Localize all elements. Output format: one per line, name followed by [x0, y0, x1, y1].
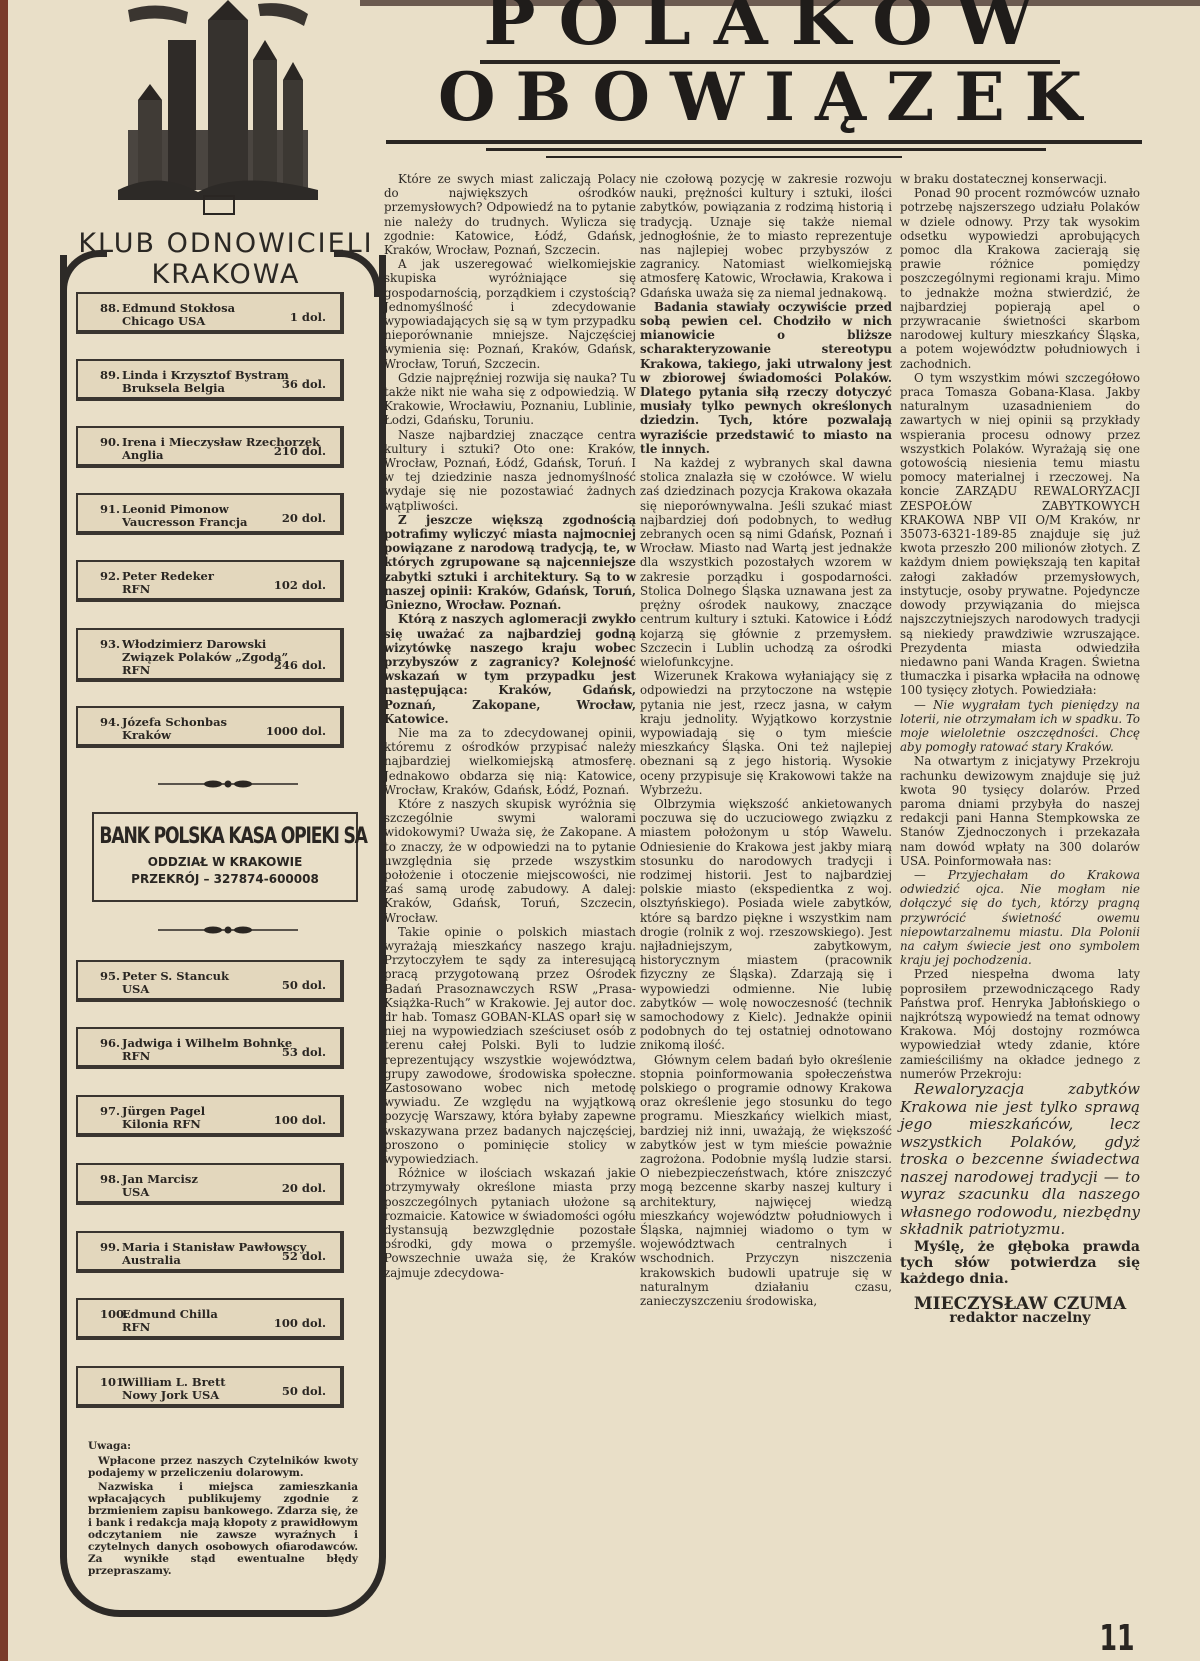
article-paragraph: Różnice w ilościach wskazań jakie otrzym… — [384, 1166, 636, 1280]
donor-entry: 94. Józefa Schonbas Kraków 1000 dol. — [76, 706, 344, 748]
donor-amount: 36 dol. — [282, 378, 326, 391]
article-paragraph: Olbrzymia większość ankietowanych poczuw… — [640, 797, 892, 1053]
article-column-3: w braku dostatecznej konserwacji. Ponad … — [900, 172, 1140, 1325]
donor-amount: 50 dol. — [282, 1385, 326, 1398]
donor-amount: 1000 dol. — [266, 725, 326, 738]
donor-amount: 52 dol. — [282, 1250, 326, 1263]
headline-line1: POLAKÓW — [361, 0, 1180, 56]
pull-quote: Rewaloryzacja zabytków Krakowa nie jest … — [900, 1081, 1140, 1239]
note-block: Uwaga: Wpłacone przez naszych Czytelnikó… — [88, 1440, 358, 1579]
note-paragraph: Wpłacone przez naszych Czytelników kwoty… — [88, 1455, 358, 1479]
headline: POLAKÓW OBOWIĄZEK — [380, 0, 1160, 132]
donor-amount: 210 dol. — [274, 445, 326, 458]
article-column-2: nie czołową pozycję w zakresie rozwoju n… — [640, 172, 892, 1308]
page-edge — [0, 0, 8, 1661]
article-paragraph: Które z naszych skupisk wyróżnia się szc… — [384, 797, 636, 925]
headline-rule — [480, 60, 1060, 64]
donor-entry: 92. Peter Redeker RFN 102 dol. — [76, 560, 344, 602]
donor-entry: 98. Jan Marcisz USA 20 dol. — [76, 1163, 344, 1205]
donor-entry: 88. Edmund Stokłosa Chicago USA 1 dol. — [76, 292, 344, 334]
article-paragraph: Nie ma za to zdecydowanej opinii, którem… — [384, 726, 636, 797]
ornament-divider-icon — [158, 924, 298, 936]
donor-entry: 96. Jadwiga i Wilhelm Bohnke RFN 53 dol. — [76, 1027, 344, 1069]
article-paragraph: Na otwartym z inicjatywy Przekroju rachu… — [900, 754, 1140, 868]
article-paragraph: Gdzie najpręźniej rozwija się nauka? Tu … — [384, 371, 636, 428]
article-paragraph: Głównym celem badań było określenie stop… — [640, 1053, 892, 1309]
donor-entry: 101. William L. Brett Nowy Jork USA 50 d… — [76, 1366, 344, 1408]
article-column-1: Które ze swych miast zaliczają Polacy do… — [384, 172, 636, 1280]
headline-line2: OBOWIĄZEK — [380, 62, 1160, 132]
donor-amount: 100 dol. — [274, 1317, 326, 1330]
headline-rule — [386, 140, 1142, 144]
note-paragraph: Nazwiska i miejsca zamieszkania wpłacają… — [88, 1481, 358, 1577]
bank-account: PRZEKRÓJ – 327874-600008 — [94, 872, 356, 886]
article-paragraph: Na każdej z wybranych skal dawna stolica… — [640, 456, 892, 669]
donor-amount: 100 dol. — [274, 1114, 326, 1127]
donor-amount: 20 dol. — [282, 1182, 326, 1195]
donor-amount: 50 dol. — [282, 979, 326, 992]
donor-entry: 100. Edmund Chilla RFN 100 dol. — [76, 1298, 344, 1340]
donor-entry: 91. Leonid Pimonow Vaucresson Francja 20… — [76, 493, 344, 535]
donor-entry: 97. Jürgen Pagel Kilonia RFN 100 dol. — [76, 1095, 344, 1137]
donor-amount: 246 dol. — [274, 659, 326, 672]
article-paragraph: Z jeszcze większą zgodnością potrafimy w… — [384, 513, 636, 612]
donor-amount: 102 dol. — [274, 579, 326, 592]
bank-branch: ODDZIAŁ W KRAKOWIE — [94, 855, 356, 869]
donor-entry: 89. Linda i Krzysztof Bystram Bruksela B… — [76, 359, 344, 401]
club-panel: KLUB ODNOWICIELI KRAKOWA 88. Edmund Stok… — [18, 0, 368, 1661]
article-paragraph: A jak uszeregować wielkomiejskie skupisk… — [384, 257, 636, 371]
article-paragraph: Które ze swych miast zaliczają Polacy do… — [384, 172, 636, 257]
wawel-castle-illustration — [98, 0, 338, 215]
headline-rule — [486, 148, 1046, 151]
article-paragraph: Takie opinie o polskich miastach wyrażaj… — [384, 925, 636, 1166]
closing-paragraph: Myślę, że głęboka prawda tych słów potwi… — [900, 1239, 1140, 1287]
article-paragraph: Ponad 90 procent rozmówców uznało potrze… — [900, 186, 1140, 371]
donor-entry: 99. Maria i Stanisław Pawłowscy Australi… — [76, 1231, 344, 1273]
headline-rule — [546, 156, 902, 158]
article-paragraph: Nasze najbardziej znaczące centra kultur… — [384, 428, 636, 513]
bank-name: BANK POLSKA KASA OPIEKI SA — [99, 824, 350, 849]
author-name: MIECZYSŁAW CZUMA — [900, 1297, 1140, 1311]
article-paragraph: Przed niespełna dwoma laty poprosiłem pr… — [900, 967, 1140, 1081]
donor-amount: 20 dol. — [282, 512, 326, 525]
article-paragraph: w braku dostatecznej konserwacji. — [900, 172, 1140, 186]
donor-amount: 1 dol. — [290, 311, 326, 324]
article-paragraph: Wizerunek Krakowa wyłaniający się z odpo… — [640, 669, 892, 797]
donor-entry: 95. Peter S. Stancuk USA 50 dol. — [76, 960, 344, 1002]
article-quote-paragraph: — Nie wygrałam tych pieniędzy na loterii… — [900, 698, 1140, 755]
donor-entry: 93. Włodzimierz Darowski Związek Polaków… — [76, 628, 344, 682]
note-label: Uwaga: — [88, 1440, 358, 1452]
donor-amount: 53 dol. — [282, 1046, 326, 1059]
article-paragraph: Którą z naszych aglomeracji zwykło się u… — [384, 612, 636, 726]
article-quote-paragraph: — Przyjechałam do Krakowa odwiedzić ojca… — [900, 868, 1140, 967]
ornament-divider-icon — [158, 778, 298, 790]
article-paragraph: O tym wszystkim mówi szczegółowo praca T… — [900, 371, 1140, 698]
donor-entry: 90. Irena i Mieczysław Rzechorzek Anglia… — [76, 426, 344, 468]
page-number: 11 — [1099, 1618, 1134, 1659]
article-paragraph: Badania stawiały oczywiście przed sobą p… — [640, 300, 892, 456]
bank-info-box: BANK POLSKA KASA OPIEKI SA ODDZIAŁ W KRA… — [92, 812, 358, 902]
article-paragraph: nie czołową pozycję w zakresie rozwoju n… — [640, 172, 892, 300]
